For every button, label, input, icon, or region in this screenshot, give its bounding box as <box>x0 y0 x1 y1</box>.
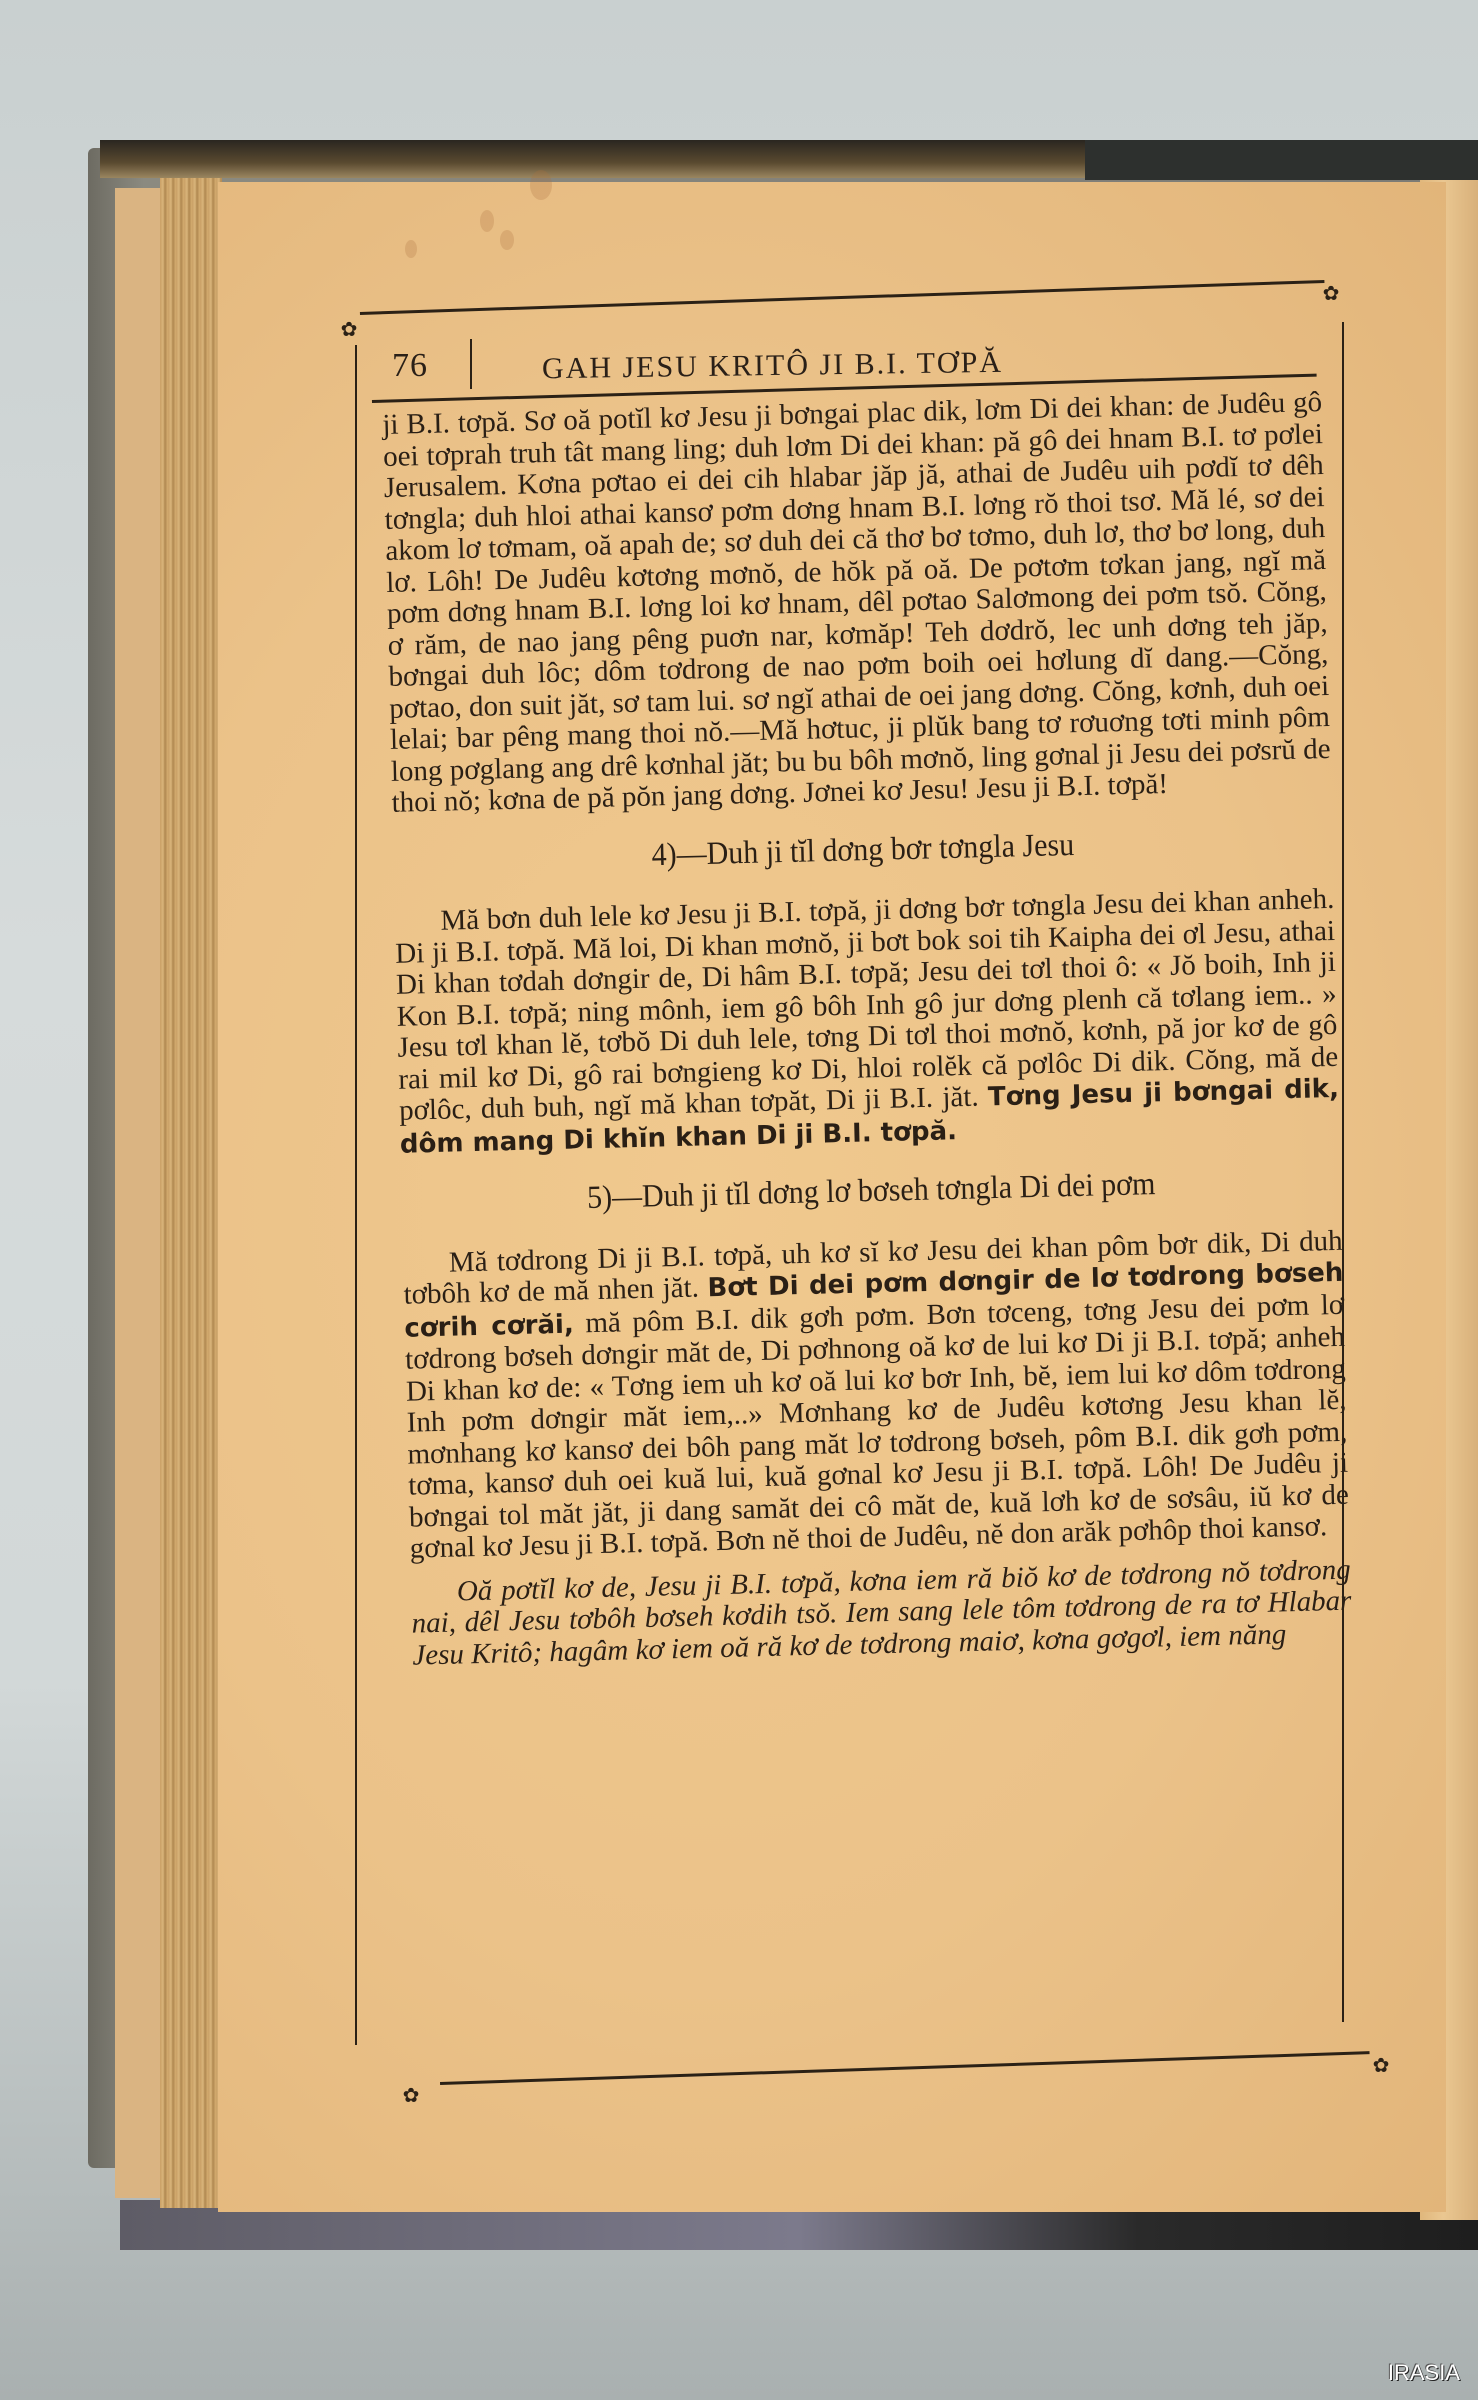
stain <box>500 230 514 250</box>
right-frame-line <box>1342 322 1344 2022</box>
section-title: 5)—Duh ji tĭl dơng lơ bơseh tơngla Di de… <box>401 1163 1342 1220</box>
running-title: GAH JESU KRITÔ JI B.I. TƠPĂ <box>542 346 1003 386</box>
stain <box>405 240 417 258</box>
left-frame-line <box>355 345 357 2045</box>
watermark: IRASIA <box>1388 2360 1460 2386</box>
paragraph: ji B.I. tơpă. Sơ oă potĭl kơ Jesu ji bơn… <box>382 387 1332 819</box>
flower-ornament-icon: ✿ <box>1372 2056 1390 2074</box>
stain <box>480 210 494 232</box>
section-title: 4)—Duh ji tĭl dơng bơr tơngla Jesu <box>393 821 1334 878</box>
flower-ornament-icon: ✿ <box>1322 284 1340 302</box>
page-stack <box>160 178 222 2208</box>
flower-ornament-icon: ✿ <box>402 2086 420 2104</box>
paragraph: Mă bơn duh lele kơ Jesu ji B.I. tơpă, ji… <box>394 884 1340 1161</box>
header-divider <box>470 339 472 389</box>
flyleaf <box>115 188 163 2198</box>
stain <box>530 170 552 200</box>
page-header: 76 GAH JESU KRITÔ JI B.I. TƠPĂ <box>352 335 1317 395</box>
text-block: ji B.I. tơpă. Sơ oă potĭl kơ Jesu ji bơn… <box>382 387 1353 1672</box>
cover-top-edge-dark <box>1085 140 1478 180</box>
paragraph: Mă tơdrong Di ji B.I. tơpă, uh kơ sĭ kơ … <box>402 1225 1349 1565</box>
page-number: 76 <box>392 347 428 385</box>
